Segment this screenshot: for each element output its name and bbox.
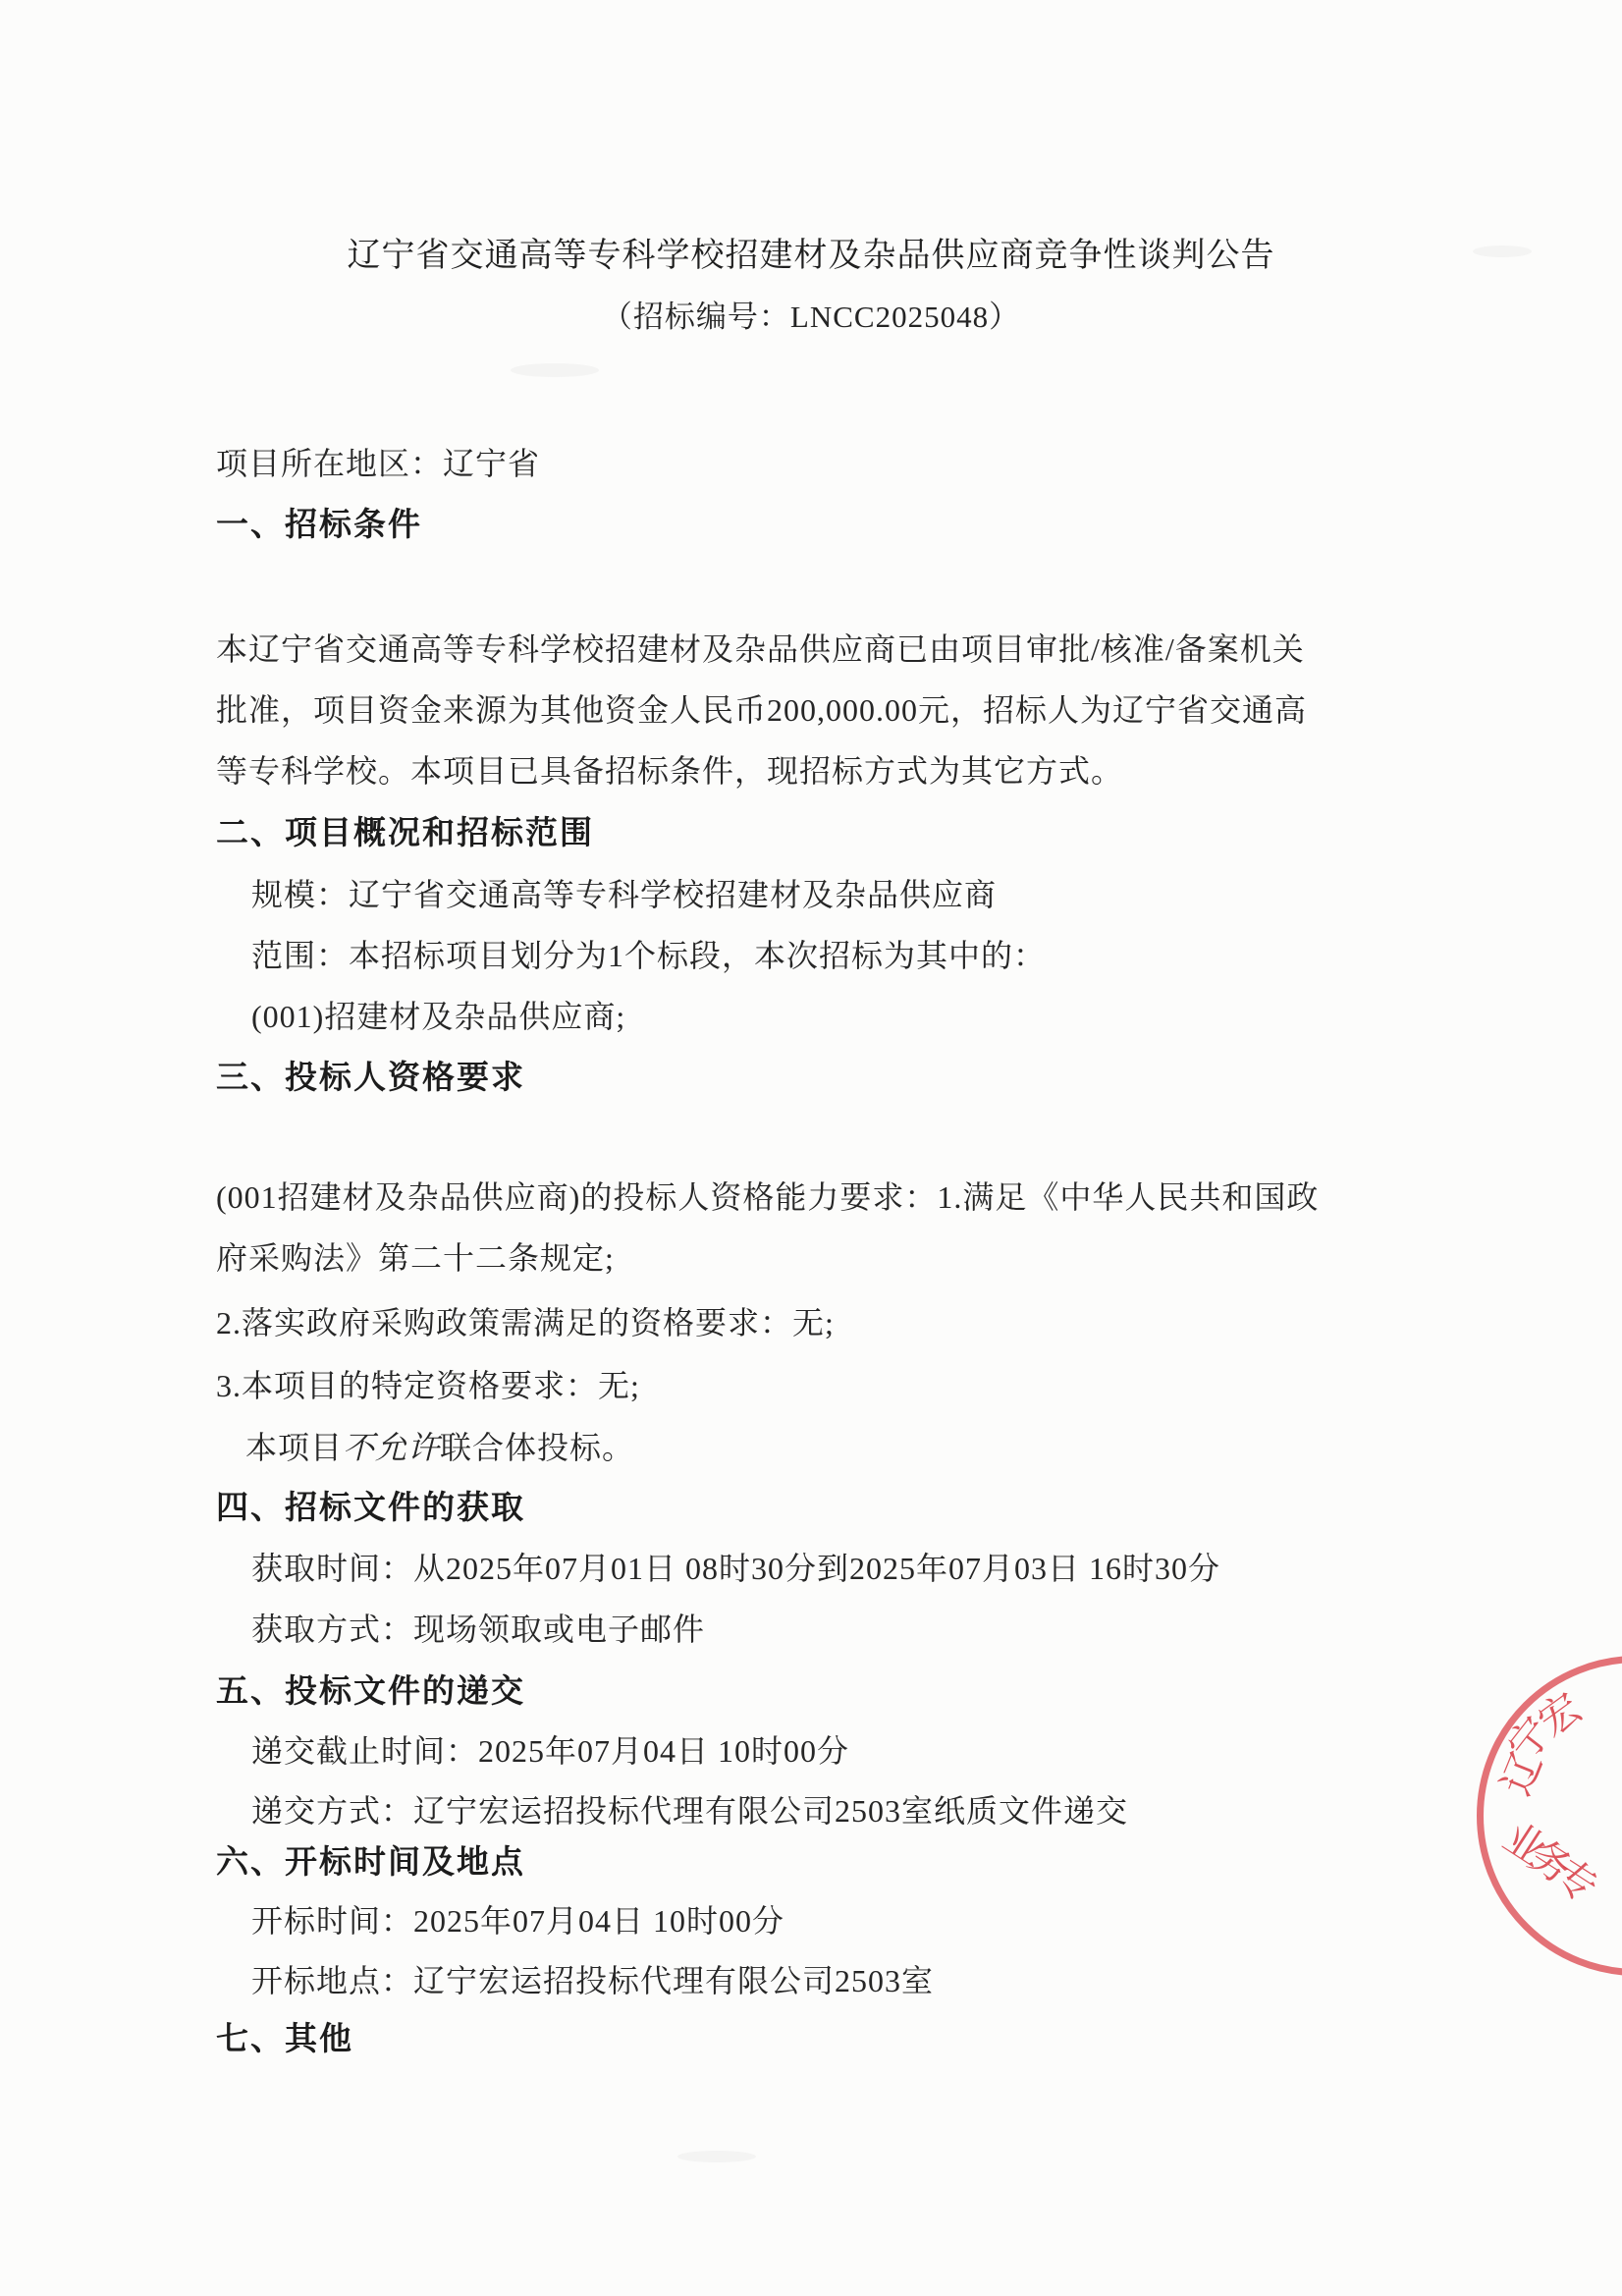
project-scale-line: 规模：辽宁省交通高等专科学校招建材及杂品供应商 (251, 875, 997, 914)
joint-venture-emphasis: 不允许 (343, 1430, 440, 1465)
section-1-paragraph-line: 本辽宁省交通高等专科学校招建材及杂品供应商已由项目审批/核准/备案机关 (216, 629, 1305, 669)
tender-number: （招标编号：LNCC2025048） (0, 298, 1622, 337)
lot-line: (001)招建材及杂品供应商; (251, 997, 625, 1036)
project-location: 项目所在地区：辽宁省 (216, 444, 540, 483)
section-2-heading: 二、项目概况和招标范围 (216, 813, 594, 852)
joint-venture-suffix: 联合体投标。 (440, 1430, 634, 1465)
obtain-time-line: 获取时间：从2025年07月01日 08时30分到2025年07月03日 16时… (251, 1549, 1220, 1588)
section-1-heading: 一、招标条件 (216, 505, 422, 544)
section-1-paragraph-line: 批准，项目资金来源为其他资金人民币200,000.00元，招标人为辽宁省交通高 (216, 690, 1307, 730)
section-4-heading: 四、招标文件的获取 (216, 1488, 525, 1527)
opening-time-line: 开标时间：2025年07月04日 10时00分 (251, 1901, 784, 1941)
section-7-heading: 七、其他 (216, 2019, 353, 2058)
qualification-line: (001招建材及杂品供应商)的投标人资格能力要求：1.满足《中华人民共和国政 (216, 1177, 1319, 1217)
section-1-paragraph-line: 等专科学校。本项目已具备招标条件，现招标方式为其它方式。 (216, 751, 1123, 791)
qualification-requirement-2: 2.落实政府采购政策需满足的资格要求：无; (216, 1303, 835, 1342)
qualification-requirement-3: 3.本项目的特定资格要求：无; (216, 1366, 640, 1405)
joint-venture-line: 本项目不允许联合体投标。 (245, 1428, 634, 1467)
scan-smudge (1473, 246, 1532, 257)
opening-place-line: 开标地点：辽宁宏运招投标代理有限公司2503室 (251, 1961, 934, 2000)
obtain-method-line: 获取方式：现场领取或电子邮件 (251, 1610, 705, 1649)
section-6-heading: 六、开标时间及地点 (216, 1842, 525, 1882)
document-title: 辽宁省交通高等专科学校招建材及杂品供应商竞争性谈判公告 (0, 237, 1622, 276)
submission-deadline-line: 递交截止时间：2025年07月04日 10时00分 (251, 1731, 849, 1771)
section-3-heading: 三、投标人资格要求 (216, 1058, 525, 1097)
scan-smudge (677, 2151, 756, 2162)
section-5-heading: 五、投标文件的递交 (216, 1671, 525, 1711)
joint-venture-prefix: 本项目 (245, 1430, 343, 1465)
submission-method-line: 递交方式：辽宁宏运招投标代理有限公司2503室纸质文件递交 (251, 1791, 1128, 1831)
qualification-line: 府采购法》第二十二条规定; (216, 1238, 615, 1278)
scanned-tender-announcement-page: 辽宁省交通高等专科学校招建材及杂品供应商竞争性谈判公告 （招标编号：LNCC20… (0, 0, 1622, 2296)
project-scope-line: 范围：本招标项目划分为1个标段，本次招标为其中的： (251, 936, 1046, 975)
scan-smudge (511, 363, 599, 377)
